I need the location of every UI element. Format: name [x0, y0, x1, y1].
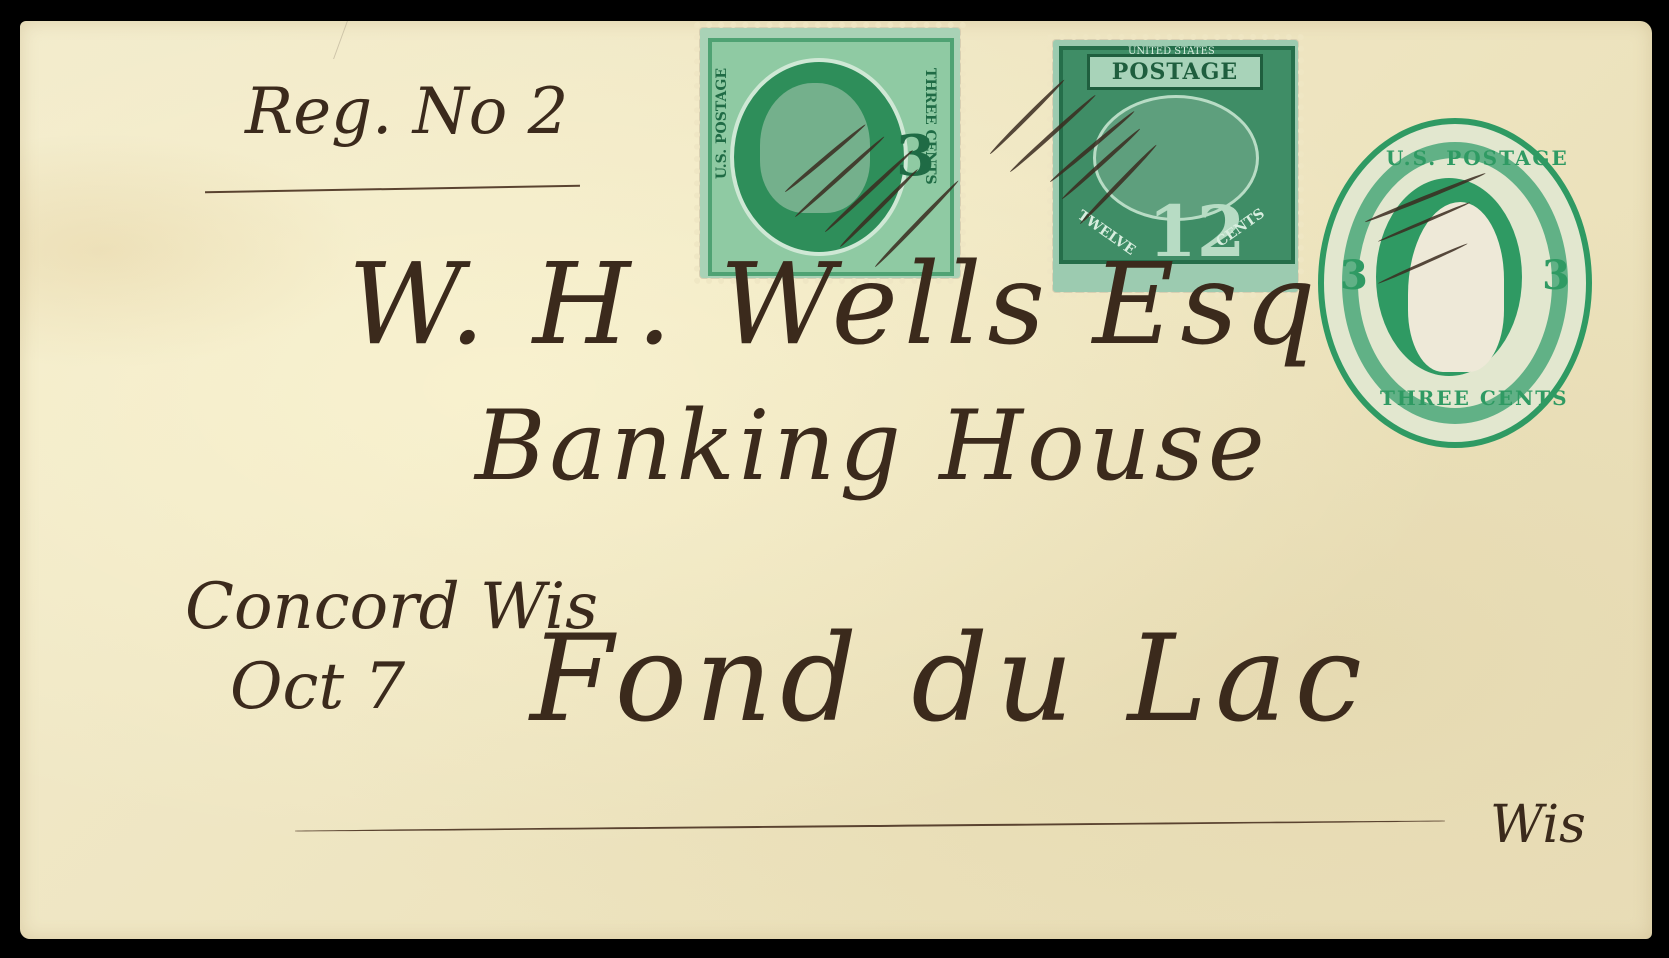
- stamp-top-text: U.S. POSTAGE: [714, 68, 730, 179]
- envelope-indicium: 3 3 U.S. POSTAGE THREE CENTS: [1318, 118, 1592, 448]
- indicium-value-right: 3: [1542, 252, 1570, 299]
- portrait-icon: [760, 83, 870, 213]
- destination-city: Fond du Lac: [530, 610, 1370, 749]
- indicium-value-left: 3: [1340, 252, 1368, 299]
- addressee-name: W. H. Wells Esq: [348, 240, 1322, 370]
- indicium-bottom-text: THREE CENTS: [1380, 386, 1569, 410]
- origin-date: Oct 7: [230, 650, 405, 724]
- registration-number: Reg. No 2: [245, 75, 568, 149]
- indicium-top-text: U.S. POSTAGE: [1386, 146, 1569, 170]
- stamp-postage-label: POSTAGE: [1087, 54, 1263, 90]
- addressee-business: Banking House: [475, 390, 1269, 502]
- stamp-value: 3: [896, 123, 935, 189]
- destination-state: Wis: [1490, 795, 1586, 855]
